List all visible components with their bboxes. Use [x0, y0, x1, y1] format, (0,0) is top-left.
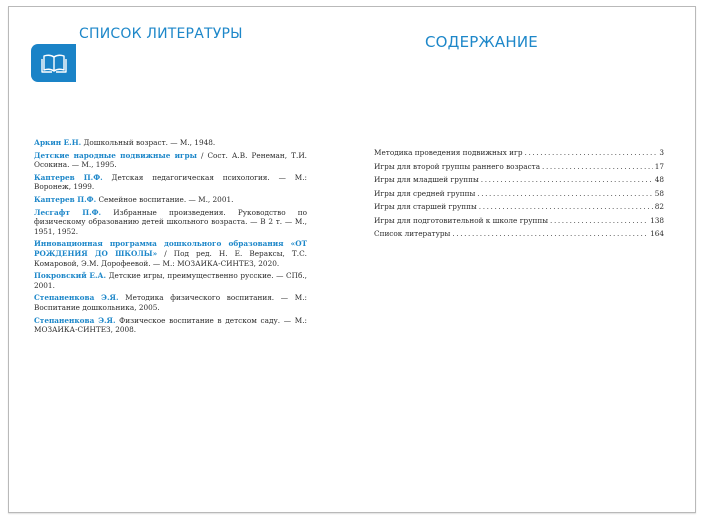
- toc-leader-dots: [550, 214, 648, 228]
- reference-author: Покровский Е.А.: [34, 271, 106, 280]
- toc-leader-dots: [477, 187, 652, 201]
- toc-entry[interactable]: Игры для старшей группы82: [374, 200, 664, 214]
- reference-item: Покровский Е.А. Детские игры, преимущест…: [34, 271, 307, 290]
- reference-item: Каптерев П.Ф. Семейное воспитание. — М.,…: [34, 195, 307, 205]
- reference-author: Каптерев П.Ф.: [34, 195, 96, 204]
- toc-entry-page: 82: [655, 200, 664, 214]
- toc-entry-page: 48: [655, 173, 664, 187]
- toc-entry-page: 17: [655, 160, 664, 174]
- reference-item: Инновационная программа дошкольного обра…: [34, 239, 307, 268]
- toc-leader-dots: [481, 173, 653, 187]
- toc-entry-page: 3: [659, 146, 664, 160]
- toc-entry-title: Игры для второй группы раннего возраста: [374, 160, 540, 174]
- toc-entry-title: Игры для старшей группы: [374, 200, 477, 214]
- toc-entry-title: Методика проведения подвижных игр: [374, 146, 523, 160]
- toc-leader-dots: [479, 200, 653, 214]
- toc-entry-page: 138: [650, 214, 664, 228]
- book-spread: СПИСОК ЛИТЕРАТУРЫ Аркин Е.Н. Дошкольный …: [8, 6, 696, 513]
- open-book-icon: [31, 44, 76, 82]
- toc-entry[interactable]: Список литературы164: [374, 227, 664, 241]
- bibliography-heading: СПИСОК ЛИТЕРАТУРЫ: [79, 26, 243, 42]
- toc-entry-title: Игры для подготовительной к школе группы: [374, 214, 548, 228]
- right-page: СОДЕРЖАНИЕ Методика проведения подвижных…: [354, 7, 697, 512]
- left-page: СПИСОК ЛИТЕРАТУРЫ Аркин Е.Н. Дошкольный …: [9, 7, 354, 512]
- toc-entry-title: Игры для младшей группы: [374, 173, 479, 187]
- toc-entry[interactable]: Игры для младшей группы48: [374, 173, 664, 187]
- toc-entry[interactable]: Игры для средней группы58: [374, 187, 664, 201]
- table-of-contents: Методика проведения подвижных игр3 Игры …: [374, 146, 664, 241]
- toc-leader-dots: [525, 146, 658, 160]
- reference-item: Степаненкова Э.Я. Методика физического в…: [34, 293, 307, 312]
- reference-author: Детские народные подвижные игры: [34, 151, 197, 160]
- toc-entry-title: Игры для средней группы: [374, 187, 475, 201]
- reference-author: Каптерев П.Ф.: [34, 173, 103, 182]
- toc-entry-title: Список литературы: [374, 227, 450, 241]
- toc-leader-dots: [542, 160, 653, 174]
- reference-item: Аркин Е.Н. Дошкольный возраст. — М., 194…: [34, 138, 307, 148]
- toc-entry[interactable]: Игры для подготовительной к школе группы…: [374, 214, 664, 228]
- reference-author: Степаненкова Э.Я.: [34, 293, 119, 302]
- toc-leader-dots: [452, 227, 648, 241]
- reference-item: Лесгафт П.Ф. Избранные произведения. Рук…: [34, 208, 307, 237]
- reference-item: Детские народные подвижные игры / Сост. …: [34, 151, 307, 170]
- reference-list: Аркин Е.Н. Дошкольный возраст. — М., 194…: [34, 138, 307, 338]
- reference-author: Лесгафт П.Ф.: [34, 208, 101, 217]
- toc-entry[interactable]: Методика проведения подвижных игр3: [374, 146, 664, 160]
- reference-text: Семейное воспитание. — М., 2001.: [96, 195, 233, 204]
- toc-entry-page: 164: [650, 227, 664, 241]
- reference-item: Степаненкова Э.Я. Физическое воспитание …: [34, 316, 307, 335]
- reference-author: Аркин Е.Н.: [34, 138, 81, 147]
- contents-heading: СОДЕРЖАНИЕ: [425, 33, 538, 51]
- reference-author: Степаненкова Э.Я.: [34, 316, 116, 325]
- toc-entry-page: 58: [655, 187, 664, 201]
- reference-item: Каптерев П.Ф. Детская педагогическая пси…: [34, 173, 307, 192]
- toc-entry[interactable]: Игры для второй группы раннего возраста1…: [374, 160, 664, 174]
- reference-text: Дошкольный возраст. — М., 1948.: [81, 138, 215, 147]
